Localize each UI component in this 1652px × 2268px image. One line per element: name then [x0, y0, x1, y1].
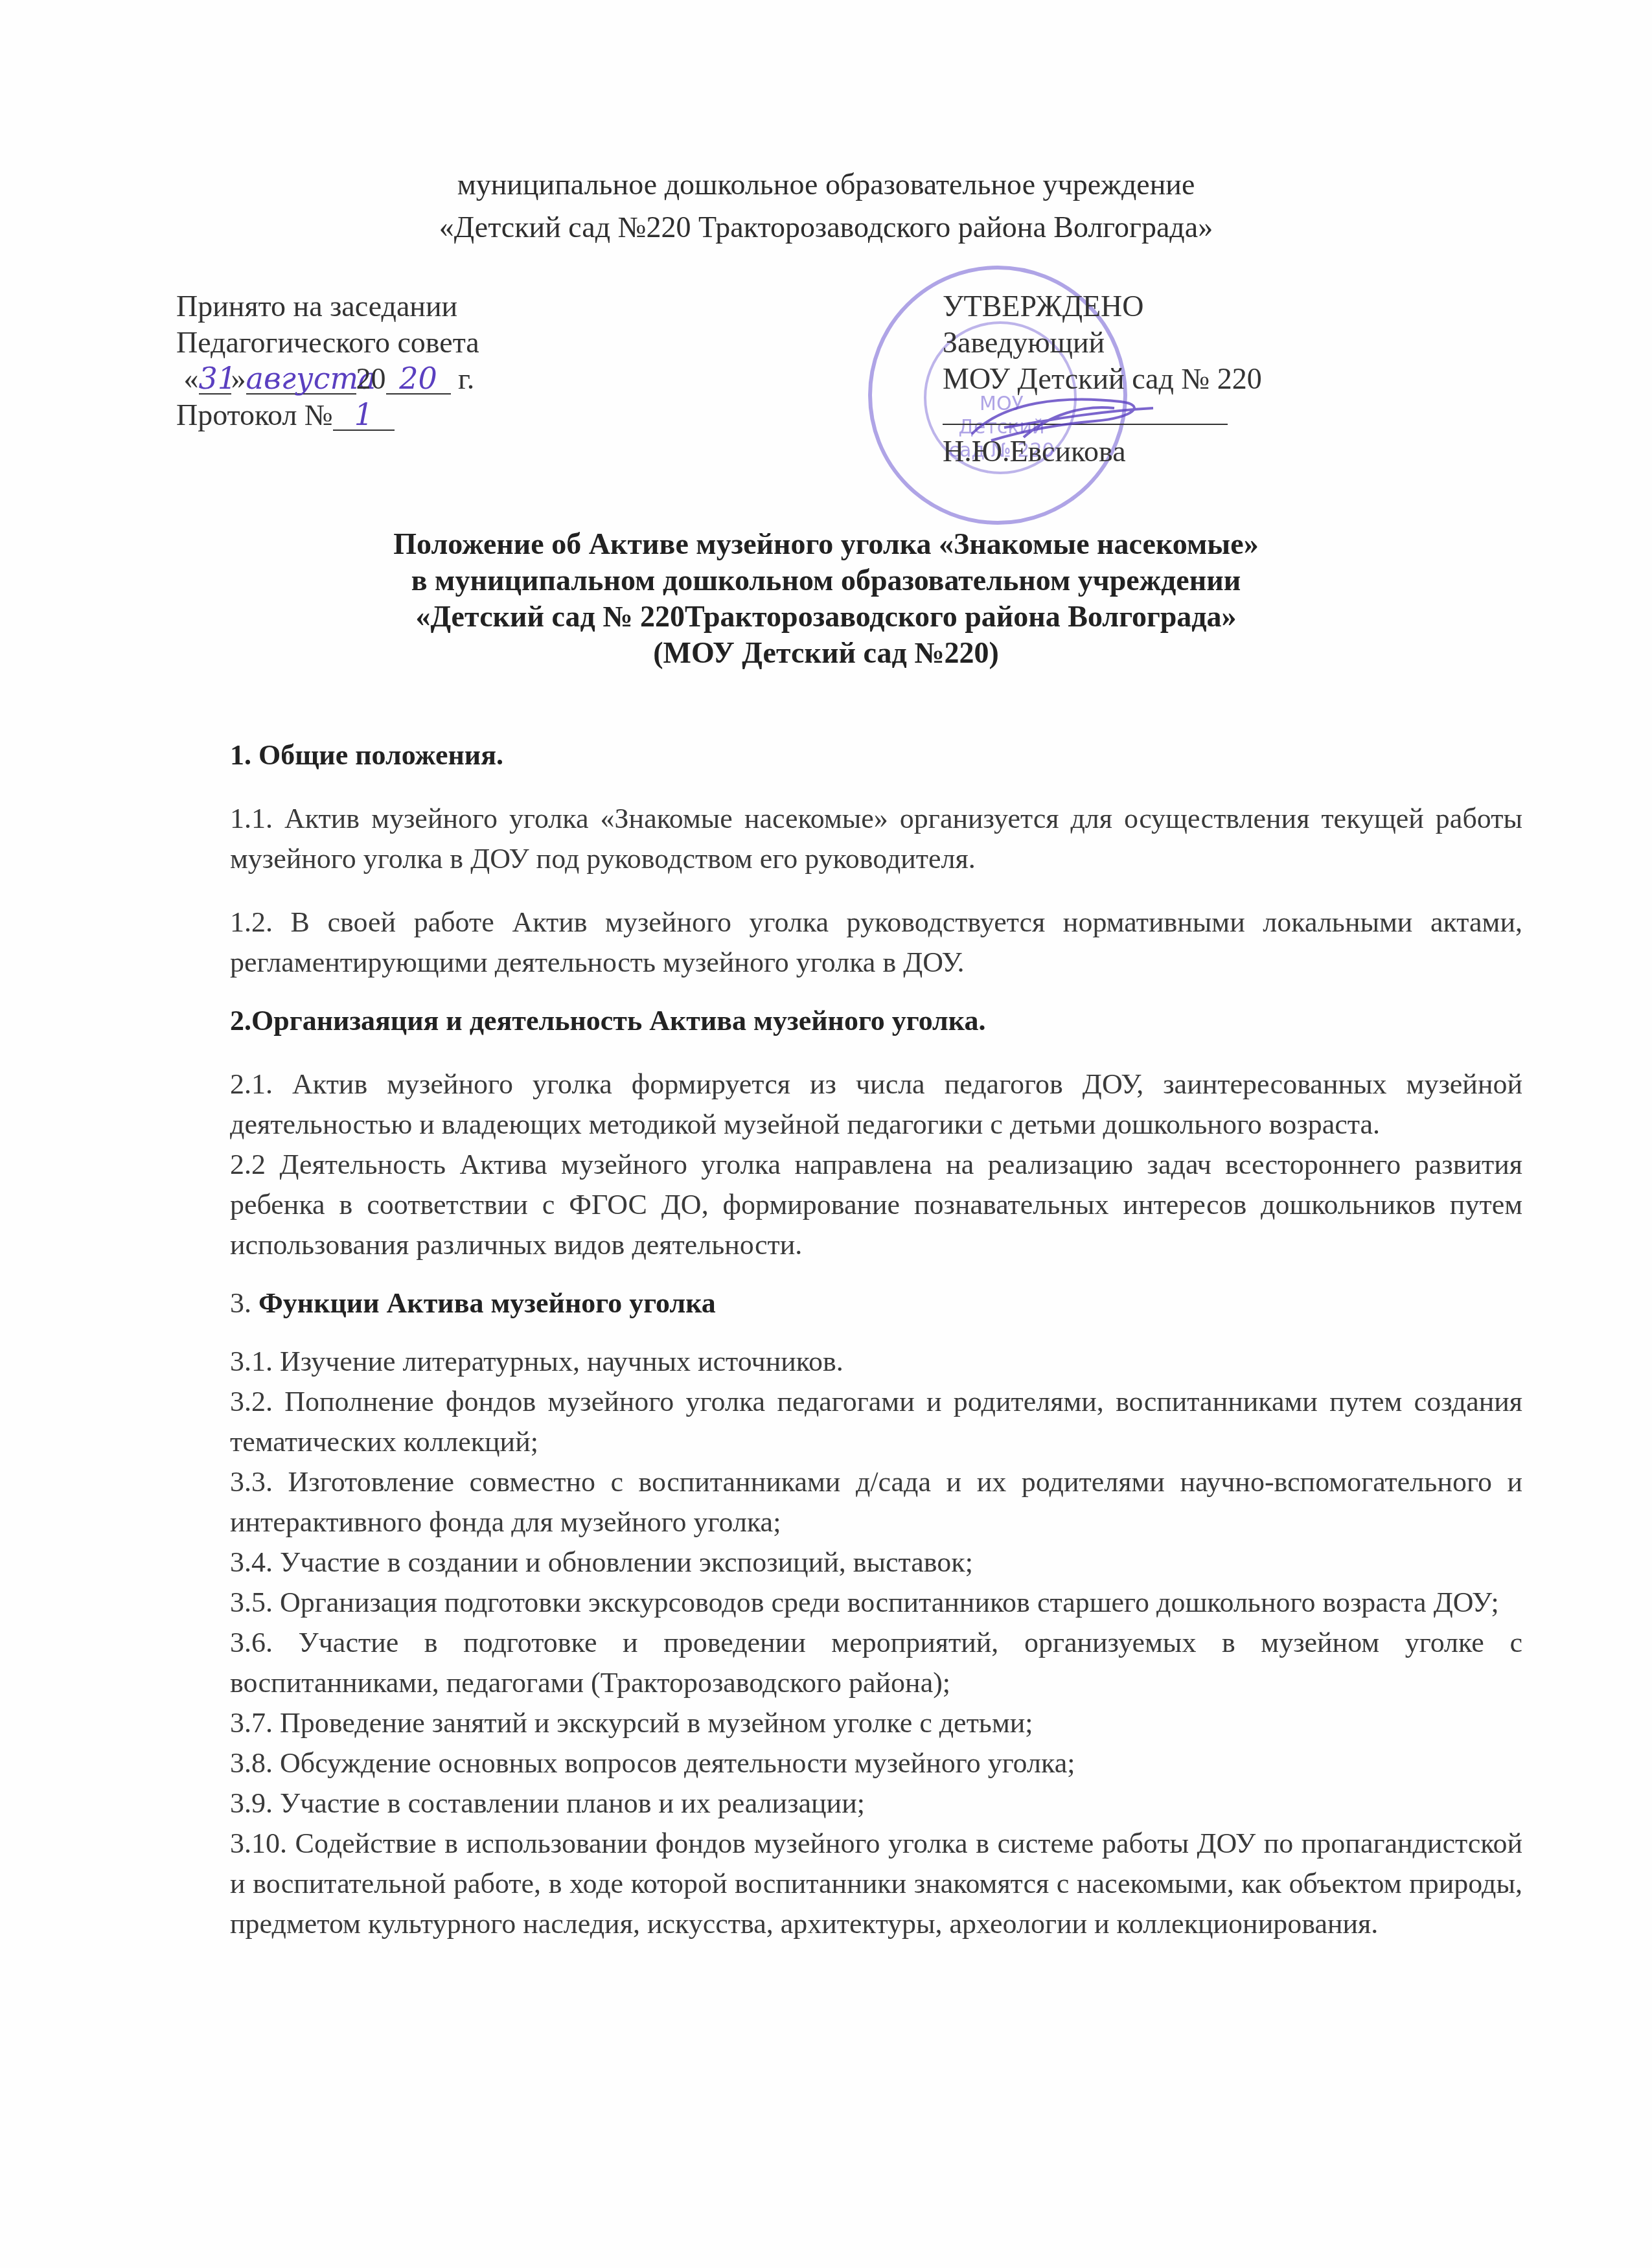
section-2-paragraph-1: 2.1. Актив музейного уголка формируется … [230, 1064, 1522, 1145]
approved-title: УТВЕРЖДЕНО [943, 288, 1262, 325]
date-year-suffix: 20 [386, 363, 451, 395]
section-1-paragraph-2: 1.2. В своей работе Актив музейного угол… [230, 902, 1522, 983]
section-3-heading: 3. Функции Актива музейного уголка [230, 1283, 1522, 1323]
section-3-number: 3. [230, 1287, 258, 1319]
function-item: 3.1. Изучение литературных, научных исто… [230, 1342, 1522, 1382]
institution-name: «Детский сад №220 Тракторозаводского рай… [0, 206, 1652, 249]
institution-type: муниципальное дошкольное образовательное… [0, 163, 1652, 206]
section-2-heading: 2.Организаяция и деятельность Актива муз… [230, 1001, 1522, 1041]
function-item: 3.6. Участие в подготовке и проведении м… [230, 1623, 1522, 1703]
date-day: 31 [199, 363, 231, 395]
quote-close: » [231, 362, 246, 395]
section-1-paragraph-1: 1.1. Актив музейного уголка «Знакомые на… [230, 799, 1522, 879]
section-3-title: Функции Актива музейного уголка [258, 1287, 716, 1319]
accepted-block: Принято на заседании Педагогического сов… [176, 288, 479, 433]
document-page: муниципальное дошкольное образовательное… [0, 0, 1652, 2268]
document-body: 1. Общие положения. 1.1. Актив музейного… [230, 735, 1522, 1944]
function-item: 3.4. Участие в создании и обновлении экс… [230, 1542, 1522, 1583]
function-item: 3.10. Содействие в использовании фондов … [230, 1824, 1522, 1944]
quote-open: « [184, 362, 199, 395]
section-1-heading: 1. Общие положения. [230, 735, 1522, 775]
institution-header: муниципальное дошкольное образовательное… [0, 163, 1652, 249]
function-item: 3.2. Пополнение фондов музейного уголка … [230, 1382, 1522, 1462]
function-item: 3.8. Обсуждение основных вопросов деятел… [230, 1743, 1522, 1783]
approved-position: Заведующий [943, 325, 1262, 361]
date-year-prefix: 20 [356, 362, 386, 395]
title-line-3: «Детский сад № 220Тракторозаводского рай… [0, 599, 1652, 635]
protocol-line: Протокол №1 [176, 397, 479, 433]
function-item: 3.3. Изготовление совместно с воспитанни… [230, 1462, 1522, 1542]
document-title: Положение об Активе музейного уголка «Зн… [0, 526, 1652, 671]
function-item: 3.5. Организация подготовки экскурсоводо… [230, 1583, 1522, 1623]
function-item: 3.9. Участие в составлении планов и их р… [230, 1783, 1522, 1824]
title-line-2: в муниципальном дошкольном образовательн… [0, 562, 1652, 599]
date-year-unit: г. [451, 362, 475, 395]
date-month: августа [246, 363, 356, 395]
title-line-1: Положение об Активе музейного уголка «Зн… [0, 526, 1652, 562]
protocol-label: Протокол № [176, 398, 333, 431]
accepted-line-1: Принято на заседании [176, 288, 479, 325]
accepted-date: «31»августа2020 г. [176, 361, 479, 397]
accepted-line-2: Педагогического совета [176, 325, 479, 361]
function-item: 3.7. Проведение занятий и экскурсий в му… [230, 1703, 1522, 1743]
handwritten-signature-icon [965, 389, 1160, 447]
protocol-number: 1 [333, 400, 395, 431]
section-2-paragraph-2: 2.2 Деятельность Актива музейного уголка… [230, 1145, 1522, 1265]
title-line-4: (МОУ Детский сад №220) [0, 635, 1652, 671]
